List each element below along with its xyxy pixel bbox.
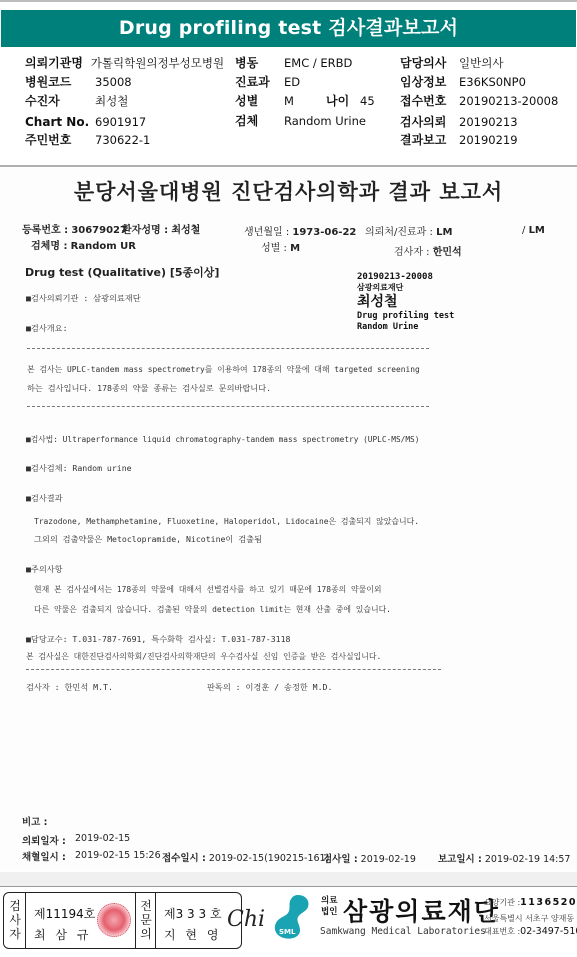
value-report-date: 20190219: [459, 133, 518, 147]
result-line-1: Trazodone, Methamphetamine, Fluoxetine, …: [34, 516, 419, 527]
top-border: [0, 0, 577, 2]
value-dept1: LM: [436, 227, 452, 238]
overview-line-2: 하는 검사입니다. 178종의 약물 종류는 검사실로 문의바랍니다.: [27, 383, 271, 394]
value-examiner: 한민석: [433, 247, 462, 258]
label-chart-no: Chart No.: [25, 115, 89, 129]
sticker-test: Drug profiling test: [357, 311, 454, 322]
label-report-date: 결과보고: [400, 133, 446, 147]
value-report-sex: M: [290, 243, 300, 254]
label-requesting-org: 의뢰기관명: [25, 56, 83, 70]
value-provider-code: 11365200: [520, 897, 577, 908]
value-doctor: 일반의사: [459, 56, 503, 70]
label-collect-time: 채혈일시 :: [22, 852, 66, 863]
footer-gray-band: [0, 872, 577, 886]
value-dept2: LM: [529, 225, 545, 236]
org-address: 서울특별시 서초구 양재동 9-4: [484, 913, 577, 924]
contact-line: ■담당교수: T.031-787-7691, 특수화학 검사실: T.031-7…: [26, 634, 290, 645]
specialist-vertical-label: 전 문 의: [137, 899, 155, 941]
value-receive-time: 2019-02-15(190215-161): [209, 853, 329, 864]
label-patient: 수진자: [25, 94, 60, 108]
sample-line: ■검사검체: Random urine: [26, 463, 132, 474]
label-reg-no: 등록번호 :: [22, 225, 68, 236]
value-sex: M: [284, 94, 294, 108]
vert-char: 검: [6, 899, 24, 913]
value-requesting-org: 가톨릭학원의정부성모병원: [91, 56, 224, 70]
sml-logo-icon: SML: [272, 893, 312, 941]
footer-divider: [0, 886, 577, 887]
dashed-divider: [27, 348, 429, 349]
sticker-org: 삼광의료재단: [357, 283, 454, 293]
value-request-date-footer: 2019-02-15: [75, 833, 130, 844]
vert-char: 전: [137, 899, 155, 913]
overview-line-1: 본 검사는 UPLC-tandem mass spectrometry를 이용하…: [27, 364, 420, 375]
vert-char: 자: [6, 927, 24, 941]
value-clinical-info: E36KS0NP0: [459, 75, 526, 89]
signature: Chi: [227, 907, 265, 932]
label-report-sex: 성별 :: [261, 243, 287, 254]
label-specimen-name: 검체명 :: [31, 241, 67, 252]
reader-line: 판독의 : 이경훈 / 송정한 M.D.: [207, 682, 332, 693]
value-test-date: 2019-02-19: [361, 854, 416, 865]
value-ward: EMC / ERBD: [284, 56, 352, 70]
value-specimen-name: Random UR: [71, 241, 136, 252]
dept-separator: /: [522, 225, 525, 236]
official-seal-icon: [97, 903, 131, 937]
overview-heading: ■검사개요:: [26, 323, 68, 334]
signature-stamp-box: 검 사 자 제11194호 최 삼 규 전 문 의 제3 3 3 호 지 현 영…: [3, 892, 242, 949]
caution-line-1: 현재 본 검사실에서는 178종의 약물에 대해서 선별검사를 하고 있기 때문…: [34, 584, 382, 595]
svg-text:SML: SML: [279, 928, 296, 936]
org-english-name: Samkwang Medical Laboratories: [320, 926, 486, 937]
value-resident-no: 730622-1: [95, 133, 150, 147]
label-department: 진료과: [235, 75, 270, 89]
value-accession-no: 20190213-20008: [459, 94, 558, 108]
header-row-hospital-code: 병원코드: [25, 74, 71, 91]
report-banner-title: Drug profiling test 검사결과보고서: [1, 10, 576, 47]
value-hospital-code: 35008: [95, 75, 132, 89]
scanned-report-title: 분당서울대병원 진단검사의학과 결과 보고서: [0, 176, 577, 206]
label-accession-no: 접수번호: [400, 94, 446, 108]
value-patient-name: 최성철: [171, 225, 200, 236]
label-examiner: 검사자 :: [394, 247, 430, 258]
value-specimen: Random Urine: [284, 114, 366, 128]
tester-vertical-label: 검 사 자: [6, 899, 24, 941]
vert-char: 의: [137, 927, 155, 941]
org-prefix-2: 법인: [321, 907, 337, 917]
test-name: Drug test (Qualitative) [5종이상]: [25, 264, 219, 280]
value-department: ED: [284, 75, 300, 89]
value-dob: 1973-06-22: [292, 227, 356, 238]
label-patient-name: 환자성명 :: [122, 225, 168, 236]
result-line-2: 그외의 검출약물은 Metoclopramide, Nicotine이 검출됨: [34, 534, 262, 545]
method-line: ■검사법: Ultraperformance liquid chromatogr…: [26, 434, 419, 445]
requesting-org-line: ■검사의뢰기관 : 삼광의료재단: [26, 293, 141, 304]
sticker-accession: 20190213-20008: [357, 272, 454, 283]
value-patient: 최성철: [95, 94, 128, 108]
label-provider-code: 요양기관 :: [484, 898, 520, 907]
label-sex: 성별: [235, 94, 258, 108]
org-prefix-1: 의료: [321, 896, 337, 906]
label-age: 나이: [326, 94, 349, 108]
label-receive-time: 접수일시 :: [162, 853, 206, 864]
header-row-requesting-org: 의뢰기관명 가톨릭학원의정부성모병원: [25, 55, 224, 72]
tester-name: 최 삼 규: [34, 926, 91, 943]
label-test-date: 검사일 :: [323, 854, 358, 865]
sticker-name: 최성철: [357, 293, 454, 311]
tester-line: 검사자 : 한민석 M.T.: [26, 682, 113, 693]
label-hospital-code: 병원코드: [25, 75, 71, 89]
label-resident-no: 주민번호: [25, 133, 71, 147]
value-chart-no: 6901917: [95, 115, 146, 129]
label-specimen: 검체: [235, 114, 258, 128]
remark-label: 비고 :: [22, 817, 47, 828]
label-clinical-info: 임상정보: [400, 75, 446, 89]
org-name: 삼광의료재단: [343, 892, 500, 928]
label-dob: 생년월일 :: [244, 227, 289, 238]
label-dept: 의뢰처/진료과 :: [365, 227, 433, 238]
label-report-time: 보고일시 :: [438, 854, 482, 865]
label-request-date: 검사의뢰: [400, 115, 446, 129]
specimen-label-sticker: 20190213-20008 삼광의료재단 최성철 Drug profiling…: [357, 272, 454, 333]
label-request-date-footer: 의뢰일자 :: [22, 836, 66, 847]
specialist-license-no: 제3 3 3 호: [164, 905, 222, 922]
certification-line: 본 검사실은 대한진단검사의학회/진단검사의학재단의 우수검사실 신임 인증을 …: [26, 651, 381, 662]
specialist-name: 지 현 영: [164, 926, 221, 943]
caution-line-2: 다른 약물은 검출되지 않습니다. 검출된 약물의 detection limi…: [34, 604, 391, 615]
value-reg-no: 30679027: [71, 225, 127, 236]
tester-license-no: 제11194호: [34, 905, 95, 922]
value-phone: 02-3497-5100: [520, 926, 577, 937]
label-ward: 병동: [235, 56, 258, 70]
dashed-divider: [27, 406, 429, 407]
section-divider: [0, 165, 577, 167]
label-phone: 대표번호 :: [484, 927, 520, 936]
sticker-specimen: Random Urine: [357, 322, 454, 333]
label-doctor: 담당의사: [400, 56, 446, 70]
vert-char: 문: [137, 913, 155, 927]
caution-heading: ■주의사항: [26, 564, 63, 575]
value-collect-time: 2019-02-15 15:26: [75, 850, 161, 861]
value-age: 45: [360, 94, 375, 108]
vert-char: 사: [6, 913, 24, 927]
value-request-date: 20190213: [459, 115, 518, 129]
dashed-divider: [26, 669, 441, 670]
value-report-time: 2019-02-19 14:57: [485, 854, 571, 865]
result-heading: ■검사결과: [26, 493, 63, 504]
